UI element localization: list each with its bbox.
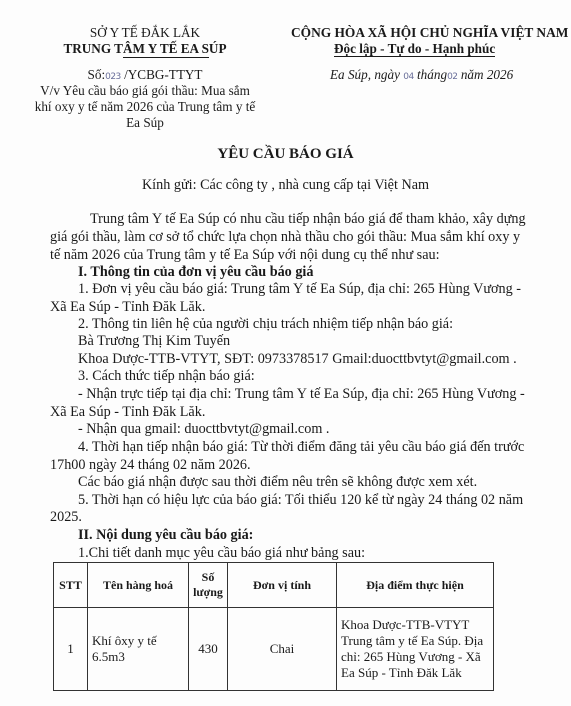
recipient: Kính gửi: Các công ty , nhà cung cấp tại… — [0, 177, 571, 194]
motto: Độc lập - Tự do - Hạnh phúc — [334, 41, 495, 57]
cell-stt: 1 — [54, 608, 88, 691]
body-line: 2025. — [50, 508, 82, 526]
subject-line-1: V/v Yêu cầu báo giá gói thầu: Mua sắm — [0, 83, 290, 99]
cell-quantity: 430 — [189, 608, 228, 691]
date-month: 02 — [447, 72, 457, 82]
header-quantity: Số lượng — [189, 563, 228, 608]
nation-name: CỘNG HÒA XÃ HỘI CHỦ NGHĨA VIỆT NAM — [291, 25, 568, 41]
table-header-row: STT Tên hàng hoá Số lượng Đơn vị tính Đị… — [54, 563, 494, 608]
body-line: 1.Chi tiết danh mục yêu cầu báo giá như … — [78, 544, 365, 562]
document-title: YÊU CẦU BÁO GIÁ — [0, 146, 571, 163]
date-line: Ea Súp, ngày 04 tháng02 năm 2026 — [330, 67, 513, 83]
body-line: 5. Thời hạn có hiệu lực của báo giá: Tối… — [78, 491, 523, 509]
date-day: 04 — [403, 72, 413, 82]
body-line: giá gói thầu, làm cơ sở tổ chức lựa chọn… — [50, 228, 520, 246]
subject-line-2: khí oxy y tế năm 2026 của Trung tâm y tế — [0, 99, 290, 115]
header-unit: Đơn vị tính — [228, 563, 337, 608]
body-line: 3. Cách thức tiếp nhận báo giá: — [78, 367, 255, 385]
body-line: Trung tâm Y tế Ea Súp có nhu cầu tiếp nh… — [90, 210, 526, 228]
body-line: Bà Trương Thị Kim Tuyến — [78, 332, 230, 350]
body-line: Xã Ea Súp - Tỉnh Đăk Lăk. — [50, 298, 205, 316]
doc-number: Số:023 /YCBG-TTYT — [0, 67, 290, 83]
cell-item-name: Khí ôxy y tế 6.5m3 — [88, 608, 189, 691]
body-line: Xã Ea Súp - Tỉnh Đăk Lăk. — [50, 403, 205, 421]
body-line: tế năm 2026 của Trung tâm y tế Ea Súp vớ… — [50, 246, 440, 264]
date-place: Ea Súp, ngày — [330, 67, 400, 82]
subject-line-3: Ea Súp — [0, 115, 290, 131]
body-line: - Nhận qua gmail: duocttbvtyt@gmail.com … — [78, 420, 329, 438]
doc-number-prefix: Số: — [88, 67, 106, 82]
motto-text: Độc lập - Tự do - Hạnh phúc — [334, 41, 495, 57]
body-line: 1. Đơn vị yêu cầu báo giá: Trung tâm Y t… — [78, 280, 521, 298]
header-item-name: Tên hàng hoá — [88, 563, 189, 608]
body-line: - Nhận trực tiếp tại địa chỉ: Trung tâm … — [78, 385, 525, 403]
body-line: 4. Thời hạn tiếp nhận báo giá: Từ thời đ… — [78, 438, 524, 456]
table-row: 1 Khí ôxy y tế 6.5m3 430 Chai Khoa Dược-… — [54, 608, 494, 691]
unit-underline — [123, 57, 209, 58]
doc-number-suffix: /YCBG-TTYT — [124, 67, 202, 82]
quote-table: STT Tên hàng hoá Số lượng Đơn vị tính Đị… — [53, 562, 494, 691]
unit-name: TRUNG TÂM Y TẾ EA SÚP — [0, 41, 290, 57]
date-year: năm 2026 — [461, 67, 513, 82]
body-line: Khoa Dược-TTB-VTYT, SĐT: 0973378517 Gmai… — [78, 350, 517, 368]
body-line: Các báo giá nhận được sau thời điểm nêu … — [78, 473, 477, 491]
unit-name-text: TRUNG TÂM Y TẾ EA SÚP — [63, 41, 226, 56]
header-stt: STT — [54, 563, 88, 608]
agency-name: SỞ Y TẾ ĐẮK LẮK — [0, 25, 290, 41]
body-line: 17h00 ngày 24 tháng 02 năm 2026. — [50, 456, 251, 474]
doc-number-handwritten: 023 — [105, 72, 121, 82]
date-month-label: tháng — [417, 67, 447, 82]
section-heading: II. Nội dung yêu cầu báo giá: — [78, 526, 253, 544]
cell-location: Khoa Dược-TTB-VTYT Trung tâm y tế Ea Súp… — [337, 608, 494, 691]
cell-unit: Chai — [228, 608, 337, 691]
section-heading: I. Thông tin của đơn vị yêu cầu báo giá — [78, 263, 313, 281]
header-location: Địa điểm thực hiện — [337, 563, 494, 608]
body-line: 2. Thông tin liên hệ của người chịu trác… — [78, 315, 453, 333]
